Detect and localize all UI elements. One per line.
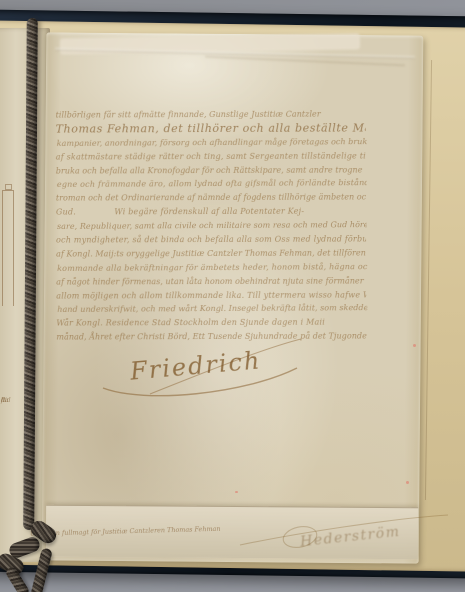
photo-background: hadidſt tillbörligen får sitt afmätte fi… — [0, 0, 465, 592]
manuscript-line: sare, Republiquer, samt alla civile och … — [57, 218, 367, 234]
manuscript-line: af något hinder förmenas, utan låta hono… — [56, 274, 366, 289]
manuscript-line: och myndigheter, så det binda och befall… — [56, 232, 366, 247]
manuscript-line: Wår Kongl. Residence Stad Stockholm den … — [56, 316, 366, 331]
manuscript-line: Thomas Fehman, det tillhörer och alla be… — [56, 121, 366, 136]
manuscript-text-block: tillbörligen får sitt afmätte finnande, … — [56, 107, 367, 344]
manuscript-line: kommande alla bekräftningar för ämbetets… — [57, 260, 367, 276]
manuscript-line: troman och det Ordinarierande af nämnde … — [56, 191, 366, 206]
red-speck — [413, 344, 416, 347]
manuscript-line: af skattmästare städige rätter och ting,… — [56, 149, 366, 164]
manuscript-line: af Kongl. Maij:ts oryggelige Justitiæ Ca… — [56, 246, 366, 261]
previous-page-frame-doodle — [2, 190, 14, 306]
gutter-mark: ſt — [1, 396, 6, 405]
manuscript-line: egne och främmande äro, allom lydnad oft… — [57, 177, 367, 193]
red-speck — [235, 491, 238, 493]
manuscript-line: kampanier, anordningar, försorg och afha… — [57, 135, 367, 151]
manuscript-line: tillbörligen får sitt afmätte finnande, … — [56, 107, 366, 122]
manuscript-line: hand underskrifwit, och med wårt Kongl. … — [57, 302, 367, 318]
red-speck — [406, 481, 409, 484]
